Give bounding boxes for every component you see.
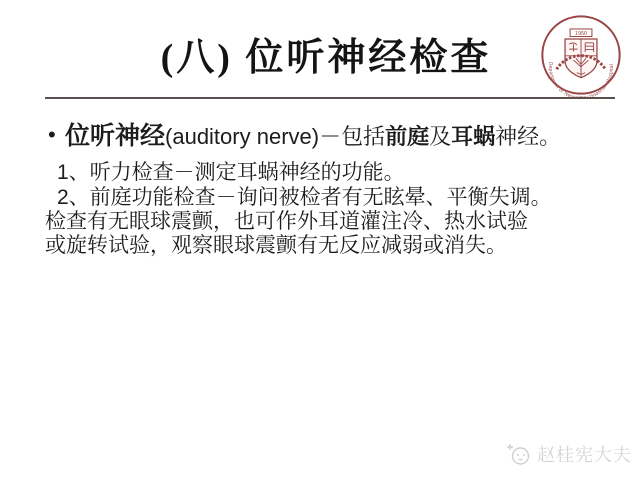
hospital-seal-logo: Department of Neurology Huashan Hospital…: [539, 13, 623, 97]
bullet-line: • 位听神经(auditory nerve)－包括前庭及耳蜗神经。: [0, 120, 640, 153]
item-2-wrap-line-1: 检查有无眼球震颤，也可作外耳道灌注冷、热水试验: [45, 210, 640, 234]
vestibular-bold: 前庭: [385, 124, 429, 149]
nerve-name-latin: (auditory nerve): [165, 124, 319, 149]
bullet-marker: •: [48, 119, 56, 151]
doctor-avatar-icon: [506, 441, 532, 467]
slide-body: • 位听神经(auditory nerve)－包括前庭及耳蜗神经。 1、听力检查…: [0, 120, 640, 258]
seal-year-text: 1950: [575, 31, 587, 37]
presentation-slide: (八) 位听神经检查 Department of Neurology Huash…: [0, 0, 640, 480]
title-divider-rule: [45, 97, 615, 99]
author-watermark: 赵桂宪大夫: [506, 441, 632, 467]
cochlear-bold: 耳蜗: [451, 124, 495, 149]
item-2-wrap-line-2: 或旋转试验，观察眼球震颤有无反应减弱或消失。: [45, 234, 640, 258]
numbered-item-1: 1、听力检查－测定耳蜗神经的功能。: [57, 160, 640, 185]
numbered-item-2: 2、前庭功能检查－询问被检者有无眩晕、平衡失调。: [57, 185, 640, 210]
line1-mid-text: －包括: [319, 124, 385, 149]
line1-tail-text: 神经。: [495, 124, 561, 149]
nerve-name-bold: 位听神经: [65, 122, 165, 150]
line1-conjunction: 及: [429, 124, 451, 149]
watermark-text: 赵桂宪大夫: [537, 441, 632, 467]
